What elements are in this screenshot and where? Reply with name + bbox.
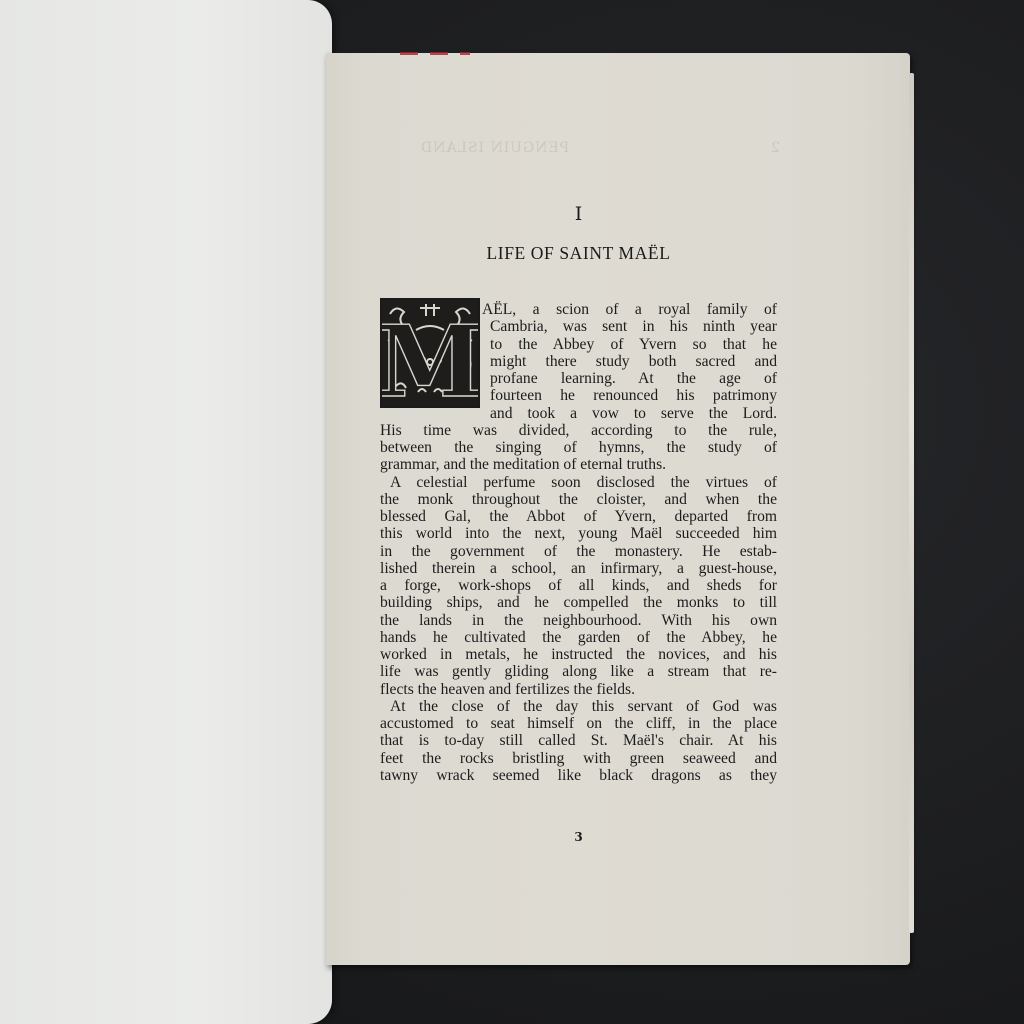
text-line: lished therein a school, an infirmary, a… <box>380 560 777 577</box>
text-line: that is to-day still called St. Maël's c… <box>380 732 777 749</box>
text-line: feet the rocks bristling with green seaw… <box>380 750 777 767</box>
drop-cap-ornament-icon: M <box>382 300 478 406</box>
text-line: might there study both sacred and <box>490 353 777 370</box>
text-line: and took a vow to serve the Lord. <box>490 405 777 422</box>
text-line: Cambria, was sent in his ninth year <box>490 318 777 335</box>
text-line: His time was divided, according to the r… <box>380 422 777 439</box>
text-line: blessed Gal, the Abbot of Yvern, departe… <box>380 508 777 525</box>
page-number: 3 <box>380 830 777 844</box>
svg-text:M: M <box>382 305 478 406</box>
text-line: a forge, work-shops of all kinds, and sh… <box>380 577 777 594</box>
ornamental-drop-cap: M <box>380 298 480 408</box>
text-block: I LIFE OF SAINT MAËL M AËL, a scion of a… <box>380 0 777 1024</box>
text-line: between the singing of hymns, the study … <box>380 439 777 456</box>
chapter-title: LIFE OF SAINT MAËL <box>380 243 777 264</box>
text-line: AËL, a scion of a royal family of <box>482 301 777 318</box>
text-line: At the close of the day this servant of … <box>390 698 777 715</box>
text-line: profane learning. At the age of <box>490 370 777 387</box>
text-line: hands he cultivated the garden of the Ab… <box>380 629 777 646</box>
text-line: A celestial perfume soon disclosed the v… <box>390 474 777 491</box>
text-line: this world into the next, young Maël suc… <box>380 525 777 542</box>
left-blank-page <box>0 0 332 1024</box>
text-line: flects the heaven and fertilizes the fie… <box>380 681 635 698</box>
text-line: to the Abbey of Yvern so that he <box>490 336 777 353</box>
text-line: worked in metals, he instructed the novi… <box>380 646 777 663</box>
text-line: tawny wrack seemed like black dragons as… <box>380 767 777 784</box>
text-line: in the government of the monastery. He e… <box>380 543 777 560</box>
text-line: life was gently gliding along like a str… <box>380 663 777 680</box>
text-line: grammar, and the meditation of eternal t… <box>380 456 666 473</box>
text-line: accustomed to seat himself on the cliff,… <box>380 715 777 732</box>
text-line: fourteen he renounced his patrimony <box>490 387 777 404</box>
text-line: the lands in the neighbourhood. With his… <box>380 612 777 629</box>
chapter-number: I <box>380 203 777 225</box>
text-line: the monk throughout the cloister, and wh… <box>380 491 777 508</box>
text-line: building ships, and he compelled the mon… <box>380 594 777 611</box>
